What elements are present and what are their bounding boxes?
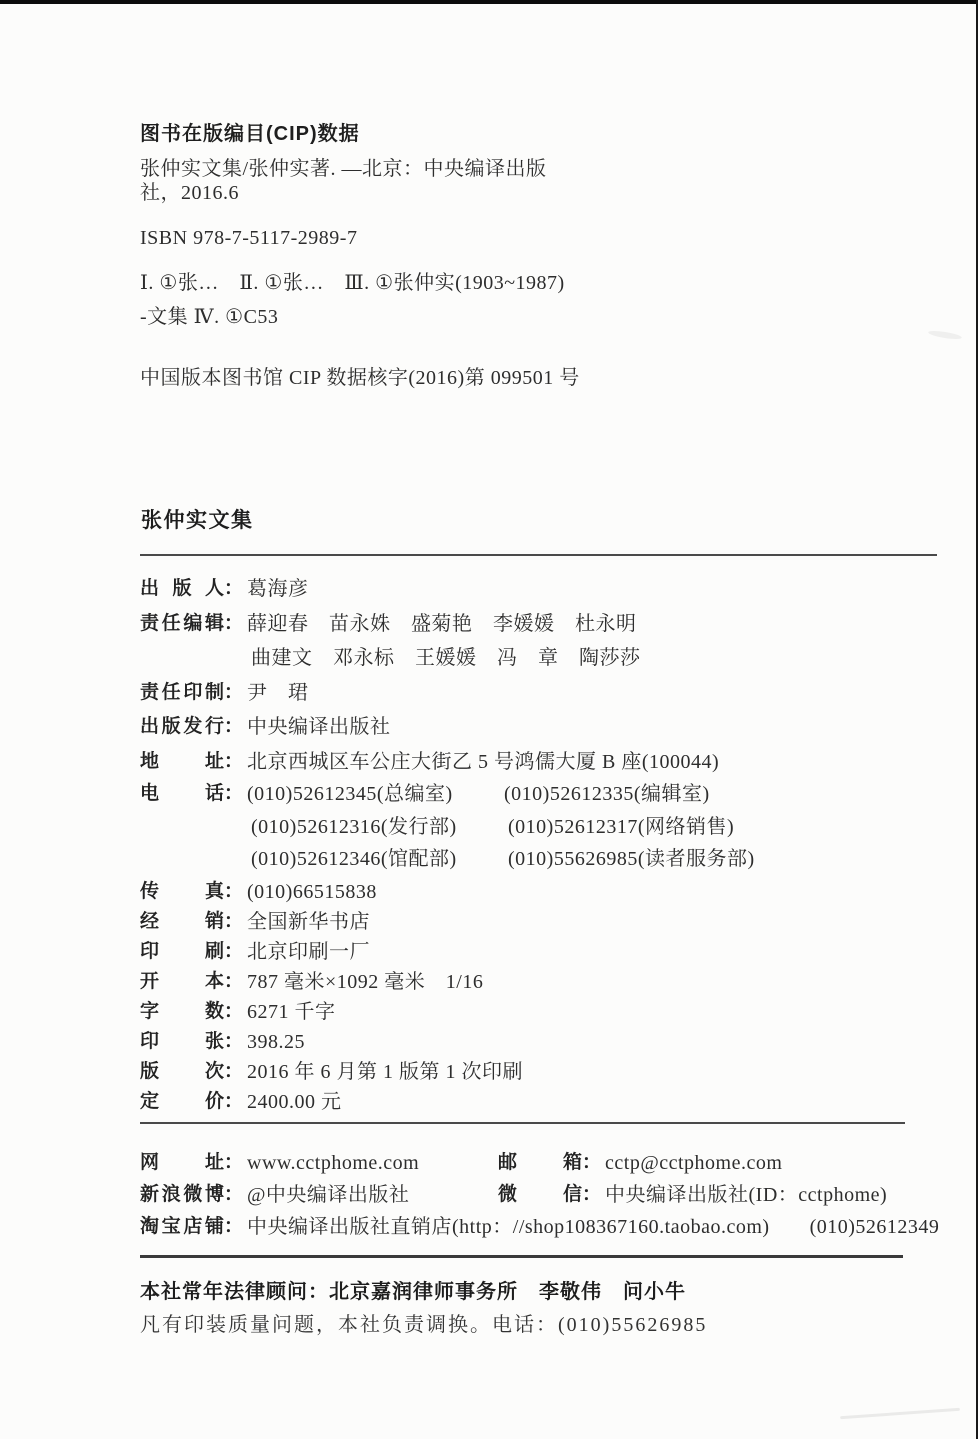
row-label: 字数	[140, 999, 224, 1025]
row-label: 责任编辑	[140, 611, 224, 637]
row-colon: ：	[224, 1182, 243, 1208]
row-label: 电话	[140, 781, 224, 807]
cip-block: 图书在版编目(CIP)数据 张仲实文集/张仲实著. —北京：中央编译出版 社，2…	[140, 122, 820, 390]
colophon-row-publisher-person: 出版人：葛海彦	[140, 576, 950, 610]
cip-classification-line-2: -文集 Ⅳ. ①C53	[140, 305, 820, 329]
row-value: (010)52612346(馆配部)	[247, 846, 504, 872]
colophon-row-edition: 版次：2016 年 6 月第 1 版第 1 次印刷	[140, 1059, 950, 1089]
row-value: 葛海彦	[243, 576, 309, 602]
row-colon: ：	[224, 749, 243, 775]
colophon-row-phone: 电话：(010)52612345(总编室)(010)52612335(编辑室)	[140, 781, 950, 811]
wechat-pair: 微信：中央编译出版社(ID：cctphome)	[498, 1182, 887, 1208]
row-value-secondary: (010)52612335(编辑室)	[500, 781, 710, 807]
divider-top	[140, 554, 937, 556]
scan-smudge	[928, 329, 963, 340]
weibo-label: 新浪微博	[140, 1182, 224, 1208]
email-value: cctp@cctphome.com	[601, 1150, 782, 1176]
contact-row-website-email: 网址：www.cctphome.com 邮箱：cctp@cctphome.com	[140, 1150, 940, 1180]
colophon-row-printer: 印刷：北京印刷一厂	[140, 939, 950, 969]
row-colon: ：	[224, 680, 243, 706]
legal-block: 本社常年法律顾问：北京嘉润律师事务所 李敬伟 问小牛 凡有印装质量问题，本社负责…	[140, 1280, 940, 1337]
row-label: 经销	[140, 909, 224, 935]
colophon-row-phone-continued-2: (010)52612346(馆配部)(010)55626985(读者服务部)	[140, 846, 950, 876]
row-colon: ：	[582, 1150, 601, 1176]
colophon-list: 出版人：葛海彦 责任编辑：薛迎春 苗永姝 盛菊艳 李媛媛 杜永明 曲建文 邓永标…	[140, 576, 950, 1119]
cip-title-line-1: 张仲实文集/张仲实著. —北京：中央编译出版	[140, 157, 820, 181]
legal-counsel-line: 本社常年法律顾问：北京嘉润律师事务所 李敬伟 问小牛	[140, 1280, 940, 1304]
row-value: (010)52612316(发行部)	[247, 814, 504, 840]
wechat-value: 中央编译出版社(ID：cctphome)	[601, 1182, 887, 1208]
row-value: 薛迎春 苗永姝 盛菊艳 李媛媛 杜永明	[243, 611, 637, 637]
row-label: 印张	[140, 1029, 224, 1055]
weibo-pair: 新浪微博：@中央编译出版社	[140, 1182, 498, 1208]
colophon-row-publisher-distributor: 出版发行：中央编译出版社	[140, 714, 950, 748]
quality-notice-line: 凡有印装质量问题，本社负责调换。电话：(010)55626985	[140, 1313, 940, 1337]
colophon-row-printing-supervisor: 责任印制：尹 珺	[140, 680, 950, 714]
row-label: 印刷	[140, 939, 224, 965]
row-value: (010)52612345(总编室)	[243, 781, 500, 807]
row-colon: ：	[224, 1029, 243, 1055]
row-label: 定价	[140, 1089, 224, 1115]
contact-row-weibo-wechat: 新浪微博：@中央编译出版社 微信：中央编译出版社(ID：cctphome)	[140, 1182, 940, 1212]
row-colon: ：	[224, 879, 243, 905]
row-colon: ：	[224, 1150, 243, 1176]
colophon-row-sheets: 印张：398.25	[140, 1029, 950, 1059]
colophon-row-format: 开本：787 毫米×1092 毫米 1/16	[140, 969, 950, 999]
taobao-phone: (010)52612349	[810, 1214, 940, 1240]
cip-header: 图书在版编目(CIP)数据	[140, 122, 820, 146]
row-colon: ：	[224, 939, 243, 965]
wechat-label: 微信	[498, 1182, 582, 1208]
colophon-row-editors-continued: 曲建文 邓永标 王媛媛 冯 章 陶莎莎	[140, 645, 950, 679]
colophon-row-fax: 传真：(010)66515838	[140, 879, 950, 909]
email-pair: 邮箱：cctp@cctphome.com	[498, 1150, 782, 1176]
website-value: www.cctphome.com	[243, 1150, 419, 1176]
website-label: 网址	[140, 1150, 224, 1176]
row-label: 开本	[140, 969, 224, 995]
row-value: (010)66515838	[243, 879, 377, 905]
row-colon: ：	[224, 909, 243, 935]
row-value-secondary: (010)52612317(网络销售)	[504, 814, 734, 840]
row-value: 中央编译出版社	[243, 714, 391, 740]
row-value: 6271 千字	[243, 999, 336, 1025]
row-colon: ：	[224, 1214, 243, 1240]
divider-bottom	[140, 1255, 903, 1258]
scan-smudge	[840, 1408, 960, 1419]
cip-classification-line-1: Ⅰ. ①张… Ⅱ. ①张… Ⅲ. ①张仲实(1903~1987)	[140, 271, 820, 295]
row-value: 2016 年 6 月第 1 版第 1 次印刷	[243, 1059, 523, 1085]
row-value: 398.25	[243, 1029, 305, 1055]
row-value: 2400.00 元	[243, 1089, 342, 1115]
cip-isbn: ISBN 978-7-5117-2989-7	[140, 226, 820, 250]
row-colon: ：	[224, 781, 243, 807]
row-label: 版次	[140, 1059, 224, 1085]
row-colon: ：	[224, 714, 243, 740]
row-value: 787 毫米×1092 毫米 1/16	[243, 969, 483, 995]
contact-row-taobao: 淘宝店铺：中央编译出版社直销店(http：//shop108367160.tao…	[140, 1214, 940, 1244]
row-label: 出版发行	[140, 714, 224, 740]
colophon-row-distribution: 经销：全国新华书店	[140, 909, 950, 939]
colophon-row-word-count: 字数：6271 千字	[140, 999, 950, 1029]
row-label: 出版人	[140, 576, 224, 602]
colophon-row-editors: 责任编辑：薛迎春 苗永姝 盛菊艳 李媛媛 杜永明	[140, 611, 950, 645]
row-value: 全国新华书店	[243, 909, 370, 935]
cip-record-number: 中国版本图书馆 CIP 数据核字(2016)第 099501 号	[140, 366, 820, 390]
row-label: 责任印制	[140, 680, 224, 706]
row-colon: ：	[224, 611, 243, 637]
row-value: 曲建文 邓永标 王媛媛 冯 章 陶莎莎	[247, 645, 641, 671]
scan-top-edge	[0, 0, 978, 4]
email-label: 邮箱	[498, 1150, 582, 1176]
divider-middle	[140, 1122, 905, 1124]
row-colon: ：	[224, 999, 243, 1025]
row-value-secondary: (010)55626985(读者服务部)	[504, 846, 755, 872]
website-pair: 网址：www.cctphome.com	[140, 1150, 498, 1176]
cip-title-line-2: 社，2016.6	[140, 181, 820, 205]
row-value: 北京印刷一厂	[243, 939, 370, 965]
book-title: 张仲实文集	[141, 504, 254, 534]
scanned-colophon-page: 图书在版编目(CIP)数据 张仲实文集/张仲实著. —北京：中央编译出版 社，2…	[0, 0, 978, 1439]
row-colon: ：	[224, 1089, 243, 1115]
row-label: 地址	[140, 749, 224, 775]
row-value: 尹 珺	[243, 680, 309, 706]
contact-block: 网址：www.cctphome.com 邮箱：cctp@cctphome.com…	[140, 1150, 940, 1246]
row-value: 北京西城区车公庄大街乙 5 号鸿儒大厦 B 座(100044)	[243, 749, 719, 775]
colophon-row-phone-continued-1: (010)52612316(发行部)(010)52612317(网络销售)	[140, 814, 950, 844]
row-colon: ：	[224, 1059, 243, 1085]
row-colon: ：	[582, 1182, 601, 1208]
row-label: 传真	[140, 879, 224, 905]
row-colon: ：	[224, 576, 243, 602]
taobao-label: 淘宝店铺	[140, 1214, 224, 1240]
row-colon: ：	[224, 969, 243, 995]
taobao-value: 中央编译出版社直销店(http：//shop108367160.taobao.c…	[243, 1214, 770, 1240]
taobao-pair: 淘宝店铺：中央编译出版社直销店(http：//shop108367160.tao…	[140, 1214, 770, 1240]
colophon-row-price: 定价：2400.00 元	[140, 1089, 950, 1119]
colophon-row-address: 地址：北京西城区车公庄大街乙 5 号鸿儒大厦 B 座(100044)	[140, 749, 950, 779]
weibo-value: @中央编译出版社	[243, 1182, 409, 1208]
